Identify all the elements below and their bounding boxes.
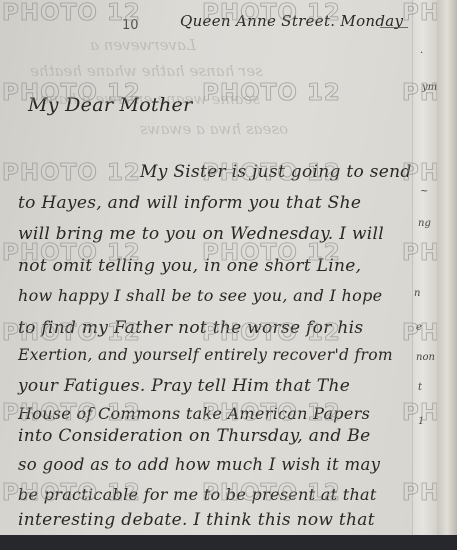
watermark: PHOTO 12 bbox=[402, 400, 437, 426]
watermark: PHOTO 12 bbox=[202, 240, 341, 266]
margin-note: t bbox=[418, 382, 422, 393]
letter-page: Laverweven a ser hanse hathe whane heath… bbox=[0, 0, 437, 540]
header-flourish bbox=[380, 27, 408, 28]
bleed-through-text: Laverweven a bbox=[90, 36, 196, 54]
margin-note: n bbox=[414, 288, 420, 299]
letter-line: interesting debate. I think this now tha… bbox=[18, 510, 375, 530]
watermark: PHOTO 12 bbox=[2, 480, 141, 506]
letter-line: your Fatigues. Pray tell Him that The bbox=[18, 376, 350, 396]
watermark: PHOTO 12 bbox=[202, 160, 341, 186]
bleed-through-text: oseas hwa a ewaws bbox=[140, 120, 288, 138]
watermark: PHOTO 12 bbox=[2, 320, 141, 346]
watermark: PHOTO 12 bbox=[202, 80, 341, 106]
watermark: PHOTO 12 bbox=[402, 240, 437, 266]
watermark: PHOTO 12 bbox=[402, 160, 437, 186]
watermark: PHOTO 12 bbox=[402, 0, 437, 26]
letter-line: Exertion, and yourself entirely recover'… bbox=[18, 346, 393, 364]
watermark: PHOTO 12 bbox=[2, 160, 141, 186]
margin-note: ~ bbox=[420, 186, 428, 197]
watermark: PHOTO 12 bbox=[2, 240, 141, 266]
watermark: PHOTO 12 bbox=[202, 0, 341, 26]
watermark: PHOTO 12 bbox=[2, 0, 141, 26]
underlying-page-edge bbox=[437, 0, 457, 535]
bleed-through-text: ser hanse hathe whane heathe bbox=[30, 62, 263, 80]
margin-note: ng bbox=[418, 218, 431, 229]
margin-note: non bbox=[416, 352, 435, 363]
watermark: PHOTO 12 bbox=[2, 80, 141, 106]
watermark: PHOTO 12 bbox=[2, 400, 141, 426]
watermark: PHOTO 12 bbox=[402, 480, 437, 506]
watermark: PHOTO 12 bbox=[202, 400, 341, 426]
watermark: PHOTO 12 bbox=[402, 320, 437, 346]
letter-line: to Hayes, and will inform you that She bbox=[18, 193, 361, 213]
margin-note: · bbox=[420, 48, 423, 59]
background-surface bbox=[0, 535, 457, 550]
letter-line: so good as to add how much I wish it may bbox=[18, 455, 380, 474]
watermark: PHOTO 12 bbox=[202, 480, 341, 506]
letter-line: how happy I shall be to see you, and I h… bbox=[18, 286, 382, 305]
watermark: PHOTO 12 bbox=[402, 80, 437, 106]
letter-line: into Consideration on Thursday, and Be bbox=[18, 426, 370, 446]
watermark: PHOTO 12 bbox=[202, 320, 341, 346]
